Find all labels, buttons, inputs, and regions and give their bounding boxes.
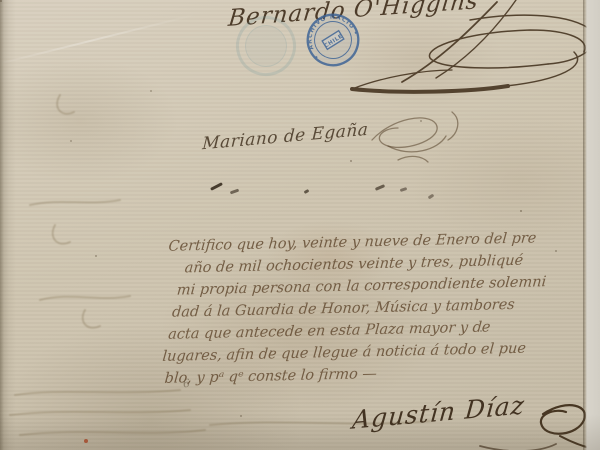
paper-bottom-shadow	[0, 414, 600, 450]
manuscript-scan: Bernardo O'Higgins ARCHIVO NACIONAL CHIL…	[0, 0, 600, 450]
red-ink-dot	[84, 439, 88, 443]
certification-text: Certifico que hoy, veinte y nueve de Ene…	[157, 226, 600, 390]
paper-left-edge	[0, 0, 16, 450]
page-right-edge	[583, 0, 600, 450]
